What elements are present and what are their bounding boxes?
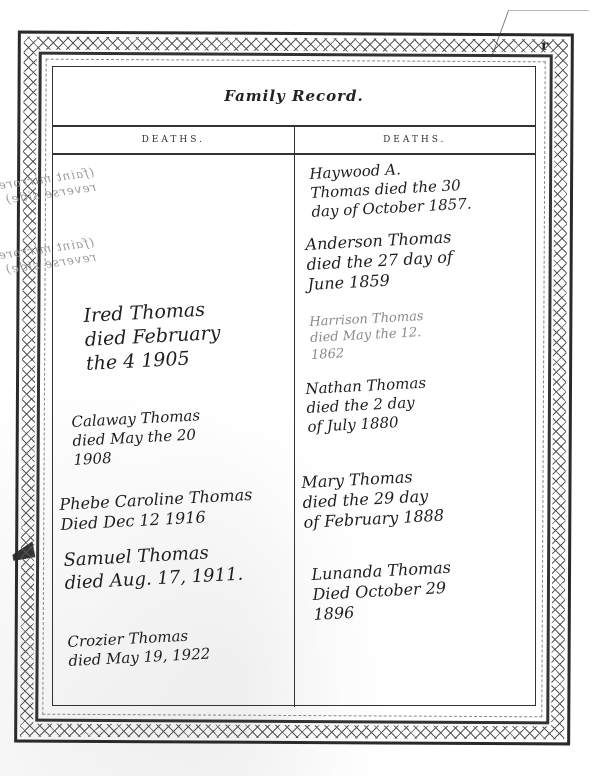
deaths-columns: DEATHS. (faint mirrored text from revers… — [53, 127, 535, 707]
death-entry: Crozier Thomas died May 19, 1922 — [67, 626, 211, 671]
entries-list: Haywood A. Thomas died the 30 day of Oct… — [295, 155, 536, 707]
death-entry: Nathan Thomas died the 2 day of July 188… — [305, 374, 428, 436]
column-heading: DEATHS. — [295, 127, 536, 155]
death-entry: Mary Thomas died the 29 day of February … — [301, 466, 445, 533]
entries-list: (faint mirrored text from reverse side) … — [53, 155, 294, 707]
column-heading: DEATHS. — [53, 127, 294, 155]
death-entry: Haywood A. Thomas died the 30 day of Oct… — [309, 157, 472, 222]
left-column: DEATHS. (faint mirrored text from revers… — [53, 127, 294, 707]
death-entry: Calaway Thomas died May the 20 1908 — [71, 406, 203, 469]
title-band: Family Record. — [53, 67, 535, 127]
death-entry: Lunanda Thomas Died October 29 1896 — [311, 558, 453, 625]
death-entry: Ired Thomas died February the 4 1905 — [83, 298, 222, 376]
death-entry-faded: Harrison Thomas died May the 12. 1862 — [309, 309, 426, 364]
right-column: DEATHS. Haywood A. Thomas died the 30 da… — [294, 127, 536, 707]
death-entry: Phebe Caroline Thomas Died Dec 12 1916 — [59, 485, 254, 535]
page-title: Family Record. — [224, 87, 364, 105]
death-entry: Anderson Thomas died the 27 day of June … — [305, 227, 454, 295]
family-record-page: Family Record. DEATHS. (faint mirrored t… — [52, 66, 536, 706]
death-entry: Samuel Thomas died Aug. 17, 1911. — [63, 541, 244, 595]
